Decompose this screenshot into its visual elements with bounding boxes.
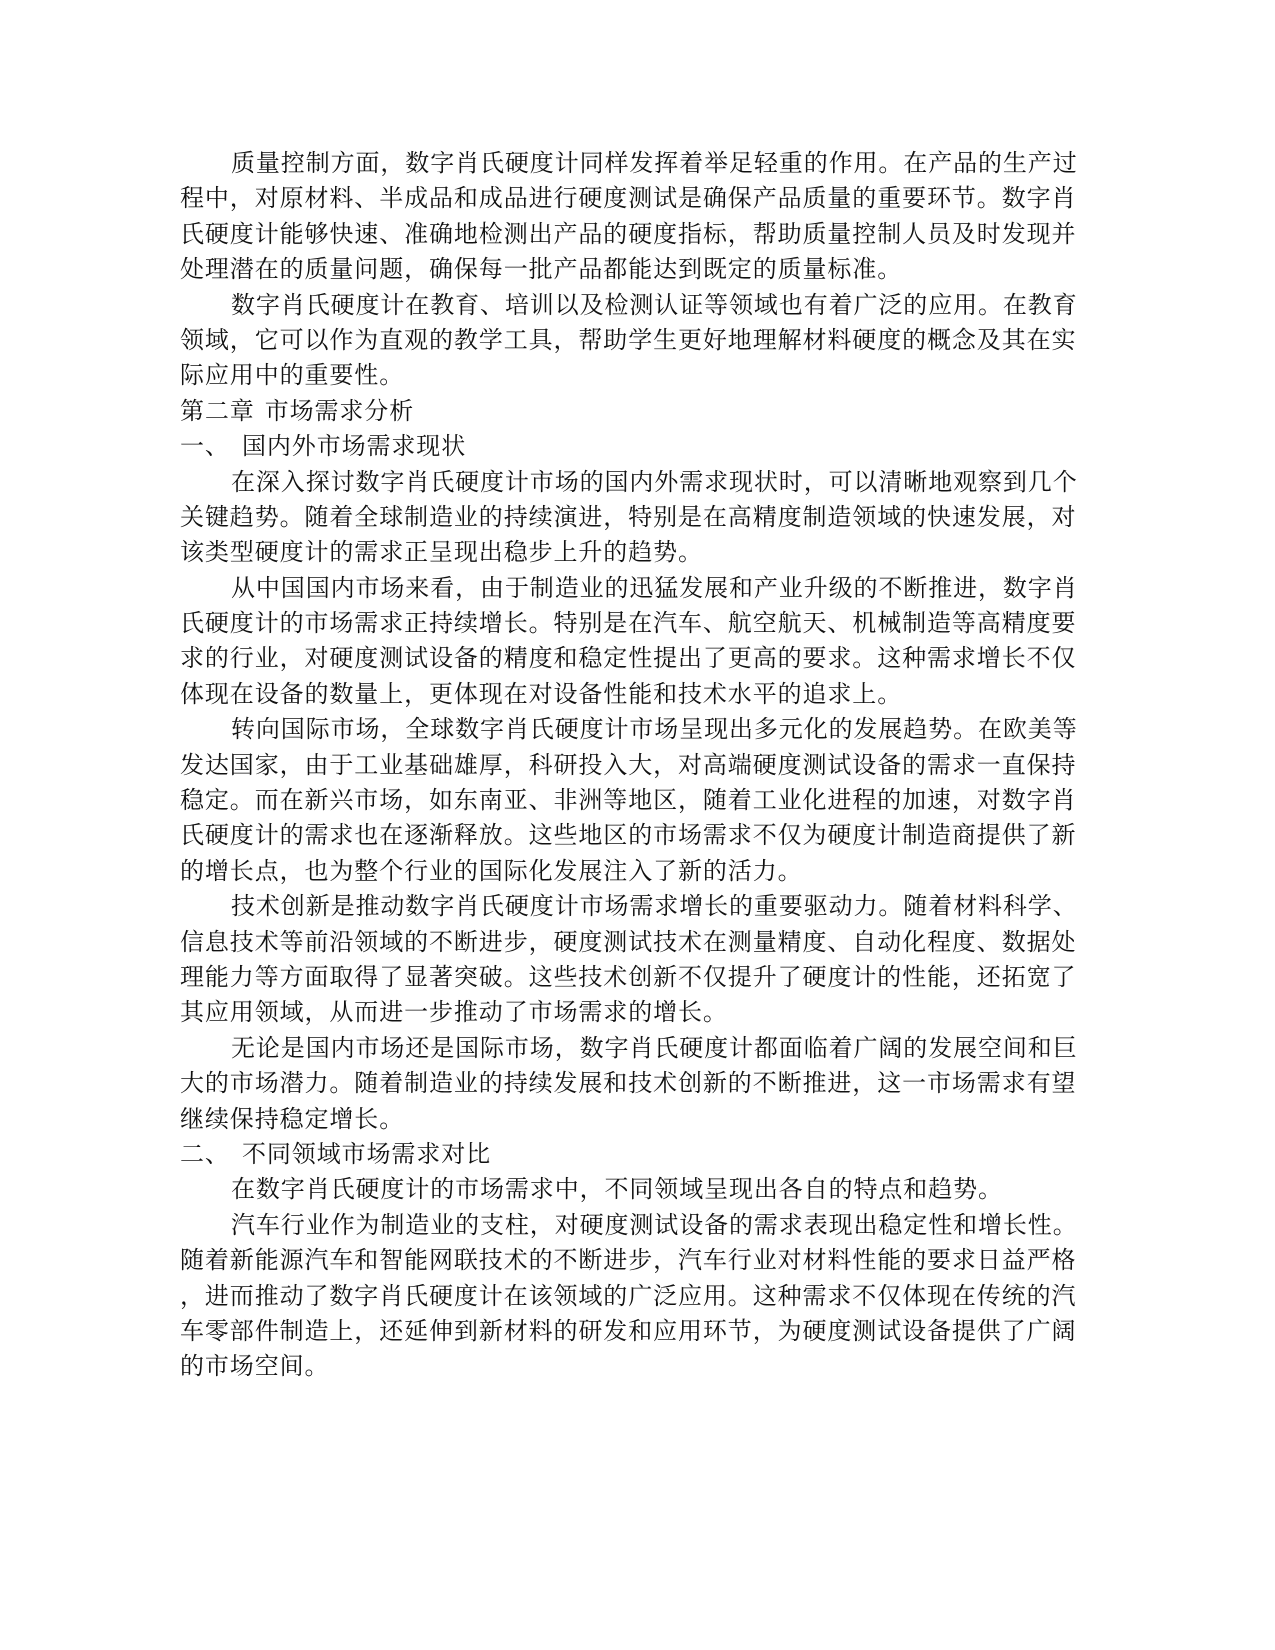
section-title: 国内外市场需求现状 bbox=[242, 432, 466, 460]
text-line: ，进而推动了数字肖氏硬度计在该领域的广泛应用。这种需求不仅体现在传统的汽 bbox=[180, 1279, 1090, 1314]
paragraph-automotive: 汽车行业作为制造业的支柱，对硬度测试设备的需求表现出稳定性和增长性。 随着新能源… bbox=[180, 1208, 1090, 1385]
text-line: 随着新能源汽车和智能网联技术的不断进步，汽车行业对材料性能的要求日益严格 bbox=[180, 1243, 1090, 1278]
text-line: 关键趋势。随着全球制造业的持续演进，特别是在高精度制造领域的快速发展，对 bbox=[180, 500, 1090, 535]
chapter-number: 第二章 bbox=[180, 397, 255, 425]
paragraph-education: 数字肖氏硬度计在教育、培训以及检测认证等领域也有着广泛的应用。在教育 领域，它可… bbox=[180, 288, 1090, 394]
text-line: 继续保持稳定增长。 bbox=[180, 1102, 1090, 1137]
text-line: 求的行业，对硬度测试设备的精度和稳定性提出了更高的要求。这种需求增长不仅 bbox=[180, 641, 1090, 676]
text-line: 该类型硬度计的需求正呈现出稳步上升的趋势。 bbox=[180, 535, 1090, 570]
text-line: 技术创新是推动数字肖氏硬度计市场需求增长的重要驱动力。随着材料科学、 bbox=[180, 889, 1090, 924]
text-line: 车零部件制造上，还延伸到新材料的研发和应用环节，为硬度测试设备提供了广阔 bbox=[180, 1314, 1090, 1349]
text-line: 领域，它可以作为直观的教学工具，帮助学生更好地理解材料硬度的概念及其在实 bbox=[180, 323, 1090, 358]
text-line: 数字肖氏硬度计在教育、培训以及检测认证等领域也有着广泛的应用。在教育 bbox=[180, 288, 1090, 323]
text-line: 程中，对原材料、半成品和成品进行硬度测试是确保产品质量的重要环节。数字肖 bbox=[180, 181, 1090, 216]
text-line: 在深入探讨数字肖氏硬度计市场的国内外需求现状时，可以清晰地观察到几个 bbox=[180, 465, 1090, 500]
paragraph-intro: 在数字肖氏硬度计的市场需求中，不同领域呈现出各自的特点和趋势。 bbox=[180, 1172, 1090, 1207]
text-line: 汽车行业作为制造业的支柱，对硬度测试设备的需求表现出稳定性和增长性。 bbox=[180, 1208, 1090, 1243]
text-line: 的市场空间。 bbox=[180, 1349, 1090, 1384]
paragraph-international: 转向国际市场，全球数字肖氏硬度计市场呈现出多元化的发展趋势。在欧美等 发达国家，… bbox=[180, 712, 1090, 889]
section-title: 不同领域市场需求对比 bbox=[242, 1140, 491, 1168]
text-line: 转向国际市场，全球数字肖氏硬度计市场呈现出多元化的发展趋势。在欧美等 bbox=[180, 712, 1090, 747]
paragraph-trends: 在深入探讨数字肖氏硬度计市场的国内外需求现状时，可以清晰地观察到几个 关键趋势。… bbox=[180, 465, 1090, 571]
text-line: 信息技术等前沿领域的不断进步，硬度测试技术在测量精度、自动化程度、数据处 bbox=[180, 925, 1090, 960]
paragraph-outlook: 无论是国内市场还是国际市场，数字肖氏硬度计都面临着广阔的发展空间和巨 大的市场潜… bbox=[180, 1031, 1090, 1137]
section-heading-1: 一、国内外市场需求现状 bbox=[180, 429, 1090, 464]
text-line: 氏硬度计的市场需求正持续增长。特别是在汽车、航空航天、机械制造等高精度要 bbox=[180, 606, 1090, 641]
text-line: 的增长点，也为整个行业的国际化发展注入了新的活力。 bbox=[180, 854, 1090, 889]
text-line: 氏硬度计能够快速、准确地检测出产品的硬度指标，帮助质量控制人员及时发现并 bbox=[180, 217, 1090, 252]
paragraph-quality-control: 质量控制方面，数字肖氏硬度计同样发挥着举足轻重的作用。在产品的生产过 程中，对原… bbox=[180, 146, 1090, 288]
text-line: 处理潜在的质量问题，确保每一批产品都能达到既定的质量标准。 bbox=[180, 252, 1090, 287]
text-line: 大的市场潜力。随着制造业的持续发展和技术创新的不断推进，这一市场需求有望 bbox=[180, 1066, 1090, 1101]
text-line: 体现在设备的数量上，更体现在对设备性能和技术水平的追求上。 bbox=[180, 677, 1090, 712]
text-line: 氏硬度计的需求也在逐渐释放。这些地区的市场需求不仅为硬度计制造商提供了新 bbox=[180, 818, 1090, 853]
document-page: 质量控制方面，数字肖氏硬度计同样发挥着举足轻重的作用。在产品的生产过 程中，对原… bbox=[180, 146, 1090, 1385]
section-number: 二、 bbox=[180, 1137, 242, 1172]
text-line: 理能力等方面取得了显著突破。这些技术创新不仅提升了硬度计的性能，还拓宽了 bbox=[180, 960, 1090, 995]
text-line: 在数字肖氏硬度计的市场需求中，不同领域呈现出各自的特点和趋势。 bbox=[180, 1172, 1090, 1207]
text-line: 发达国家，由于工业基础雄厚，科研投入大，对高端硬度测试设备的需求一直保持 bbox=[180, 748, 1090, 783]
section-number: 一、 bbox=[180, 429, 242, 464]
text-line: 其应用领域，从而进一步推动了市场需求的增长。 bbox=[180, 995, 1090, 1030]
paragraph-domestic: 从中国国内市场来看，由于制造业的迅猛发展和产业升级的不断推进，数字肖 氏硬度计的… bbox=[180, 571, 1090, 713]
text-line: 从中国国内市场来看，由于制造业的迅猛发展和产业升级的不断推进，数字肖 bbox=[180, 571, 1090, 606]
text-line: 际应用中的重要性。 bbox=[180, 358, 1090, 393]
chapter-heading: 第二章市场需求分析 bbox=[180, 394, 1090, 429]
text-line: 稳定。而在新兴市场，如东南亚、非洲等地区，随着工业化进程的加速，对数字肖 bbox=[180, 783, 1090, 818]
text-line: 质量控制方面，数字肖氏硬度计同样发挥着举足轻重的作用。在产品的生产过 bbox=[180, 146, 1090, 181]
chapter-title: 市场需求分析 bbox=[265, 397, 414, 425]
text-line: 无论是国内市场还是国际市场，数字肖氏硬度计都面临着广阔的发展空间和巨 bbox=[180, 1031, 1090, 1066]
section-heading-2: 二、不同领域市场需求对比 bbox=[180, 1137, 1090, 1172]
paragraph-innovation: 技术创新是推动数字肖氏硬度计市场需求增长的重要驱动力。随着材料科学、 信息技术等… bbox=[180, 889, 1090, 1031]
